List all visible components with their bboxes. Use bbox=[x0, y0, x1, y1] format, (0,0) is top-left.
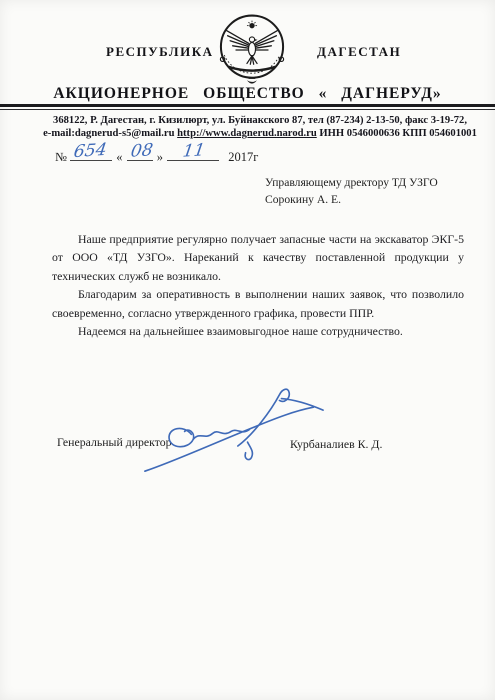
region-label: ДАГЕСТАН bbox=[317, 44, 401, 60]
header-rule-thin bbox=[0, 109, 495, 110]
month-handwritten: 11 bbox=[182, 140, 207, 161]
contact-url: http://www.dagnerud.narod.ru bbox=[177, 128, 317, 139]
month-blank: 11 bbox=[167, 146, 219, 161]
contact-web-line: e-mail:dagnerud-s5@mail.ru http://www.da… bbox=[40, 127, 480, 140]
contact-block: 368122, Р. Дагестан, г. Кизилюрт, ул. Бу… bbox=[40, 114, 480, 140]
doc-number-blank: 654 bbox=[70, 146, 112, 161]
close-quote: » bbox=[157, 150, 163, 165]
addressee-name: Сорокину А. Е. bbox=[265, 192, 438, 209]
signer-name: Курбаналиев К. Д. bbox=[290, 437, 382, 452]
paragraph-1: Наше предприятие регулярно получает запа… bbox=[52, 230, 464, 285]
contact-email: e-mail:dagnerud-s5@mail.ru bbox=[43, 128, 174, 139]
addressee-title: Управляющему дректору ТД УЗГО bbox=[265, 175, 438, 192]
doc-number-handwritten: 654 bbox=[72, 140, 108, 162]
paragraph-2: Благодарим за оперативность в выполнении… bbox=[52, 285, 464, 322]
contact-codes: ИНН 0546000636 КПП 054601001 bbox=[319, 128, 476, 139]
dagestan-coat-of-arms-icon bbox=[210, 8, 294, 92]
republic-label: РЕСПУБЛИКА bbox=[106, 44, 214, 60]
header-rule-thick bbox=[0, 104, 495, 107]
number-sign: № bbox=[55, 150, 67, 165]
scanned-letter-page: РЕСПУБЛИКА bbox=[0, 0, 495, 700]
day-blank: 08 bbox=[127, 146, 153, 161]
addressee-block: Управляющему дректору ТД УЗГО Сорокину А… bbox=[265, 175, 438, 208]
paragraph-3: Надеемся на дальнейшее взаимовыгодное на… bbox=[52, 322, 464, 340]
reference-line: № 654 « 08 » 11 2017г bbox=[55, 146, 258, 172]
open-quote: « bbox=[116, 150, 122, 165]
handwritten-signature bbox=[138, 384, 328, 476]
company-title: АКЦИОНЕРНОЕ ОБЩЕСТВО « ДАГНЕРУД» bbox=[0, 85, 495, 103]
day-handwritten: 08 bbox=[129, 140, 154, 161]
contact-address-line: 368122, Р. Дагестан, г. Кизилюрт, ул. Бу… bbox=[40, 114, 480, 127]
year-label: 2017г bbox=[228, 150, 258, 165]
letter-body: Наше предприятие регулярно получает запа… bbox=[52, 230, 464, 340]
